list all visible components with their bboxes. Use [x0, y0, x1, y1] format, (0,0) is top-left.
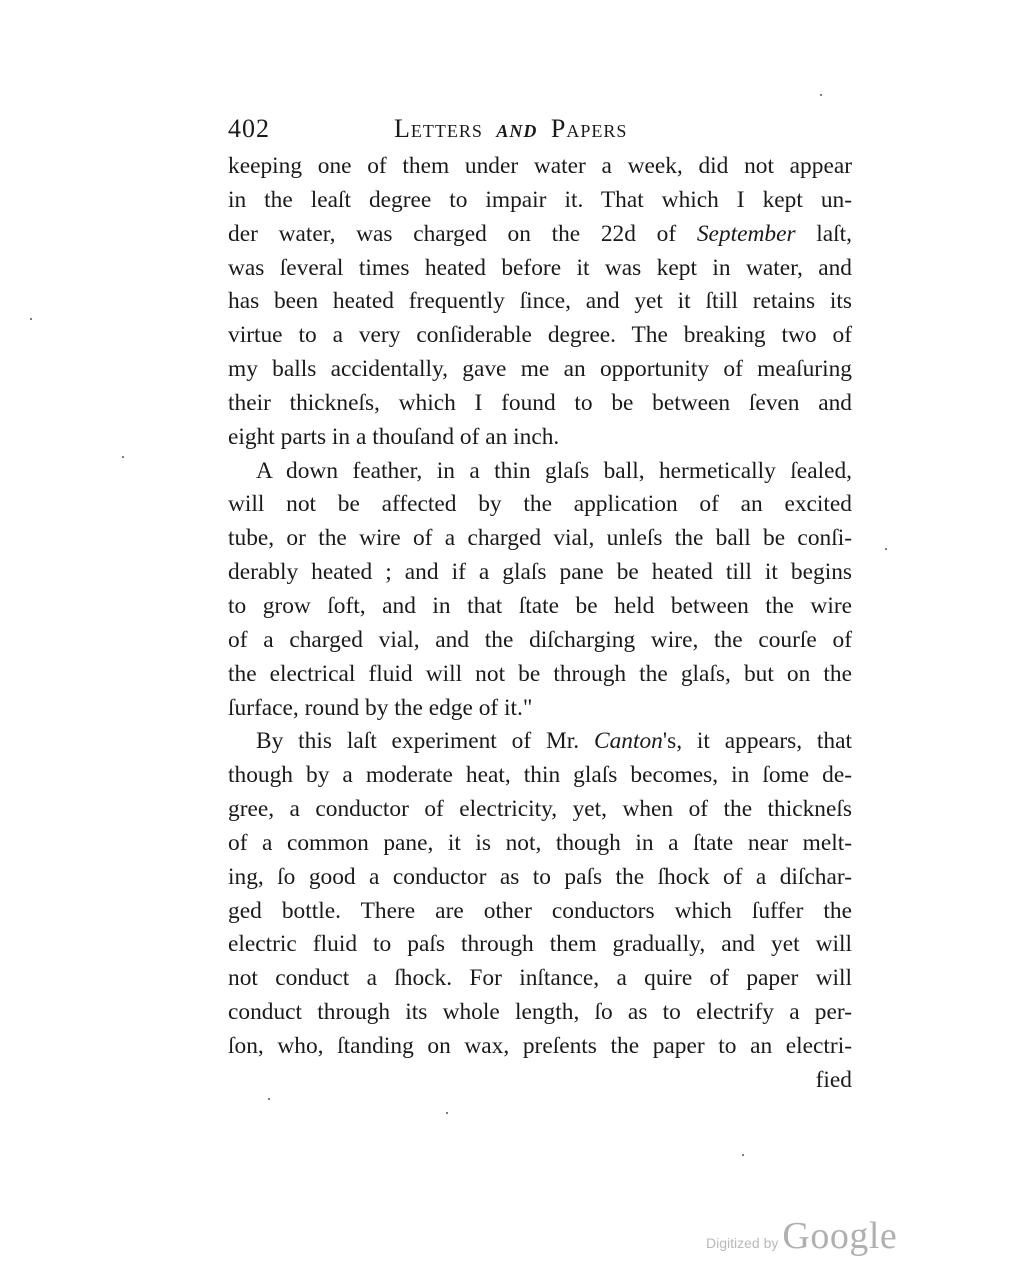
text-line: ſon, who, ſtanding on wax, preſents the … — [228, 1030, 852, 1064]
text-line: my balls accidentally, gave me an opport… — [228, 353, 852, 387]
text-line: was ſeveral times heated before it was k… — [228, 252, 852, 286]
text-line: to grow ſoft, and in that ſtate be held … — [228, 590, 852, 624]
scan-speck — [446, 1112, 448, 1114]
paragraph-start-line: By this laſt experiment of Mr. Canton's,… — [228, 725, 852, 759]
text-line: gree, a conductor of electricity, yet, w… — [228, 793, 852, 827]
scan-speck — [820, 94, 822, 96]
scan-speck — [122, 456, 124, 458]
google-logo: Google — [782, 1214, 897, 1258]
running-head-before: Letters — [394, 114, 483, 143]
running-head-title: Letters and Papers — [394, 112, 627, 146]
text-line: ing, ſo good a conductor as to paſs the … — [228, 861, 852, 895]
text-line: derably heated ; and if a glaſs pane be … — [228, 556, 852, 590]
scan-speck — [268, 1098, 270, 1100]
catchword: fied — [228, 1064, 852, 1098]
text-line: of a common pane, it is not, though in a… — [228, 827, 852, 861]
body-text: keeping one of them under water a week, … — [228, 150, 852, 1098]
text-line: not conduct a ſhock. For inſtance, a qui… — [228, 962, 852, 996]
text-line: keeping one of them under water a week, … — [228, 150, 852, 184]
text-line: though by a moderate heat, thin glaſs be… — [228, 759, 852, 793]
italic-name: Canton — [594, 728, 663, 754]
text-line: ſurface, round by the edge of it." — [228, 692, 852, 726]
text-line: tube, or the wire of a charged vial, unl… — [228, 522, 852, 556]
watermark-prefix: Digitized by — [706, 1235, 778, 1251]
digitized-by-google-watermark: Digitized by Google — [706, 1214, 897, 1258]
text-line: of a charged vial, and the diſcharging w… — [228, 624, 852, 658]
running-head: 402 Letters and Papers — [228, 112, 868, 146]
running-head-after: Papers — [551, 114, 627, 143]
text-line: has been heated frequently ſince, and ye… — [228, 285, 852, 319]
text-line: conduct through its whole length, ſo as … — [228, 996, 852, 1030]
scan-speck — [742, 1154, 744, 1156]
text-line: eight parts in a thouſand of an inch. — [228, 421, 852, 455]
text-line: the electrical fluid will not be through… — [228, 658, 852, 692]
scan-speck — [30, 318, 32, 320]
scan-speck — [885, 548, 887, 550]
text-line: their thickneſs, which I found to be bet… — [228, 387, 852, 421]
running-head-connector: and — [496, 114, 537, 143]
paragraph-start-line: A down feather, in a thin glaſs ball, he… — [228, 455, 852, 489]
text-line: ged bottle. There are other conductors w… — [228, 895, 852, 929]
text-line: electric fluid to paſs through them grad… — [228, 928, 852, 962]
text-line: in the leaſt degree to impair it. That w… — [228, 184, 852, 218]
text-line: virtue to a very conſiderable degree. Th… — [228, 319, 852, 353]
italic-month: September — [697, 221, 796, 247]
page-number: 402 — [228, 112, 270, 146]
book-page: 402 Letters and Papers keeping one of th… — [0, 0, 1014, 1282]
text-line: will not be affected by the application … — [228, 488, 852, 522]
text-line: der water, was charged on the 22d of Sep… — [228, 218, 852, 252]
